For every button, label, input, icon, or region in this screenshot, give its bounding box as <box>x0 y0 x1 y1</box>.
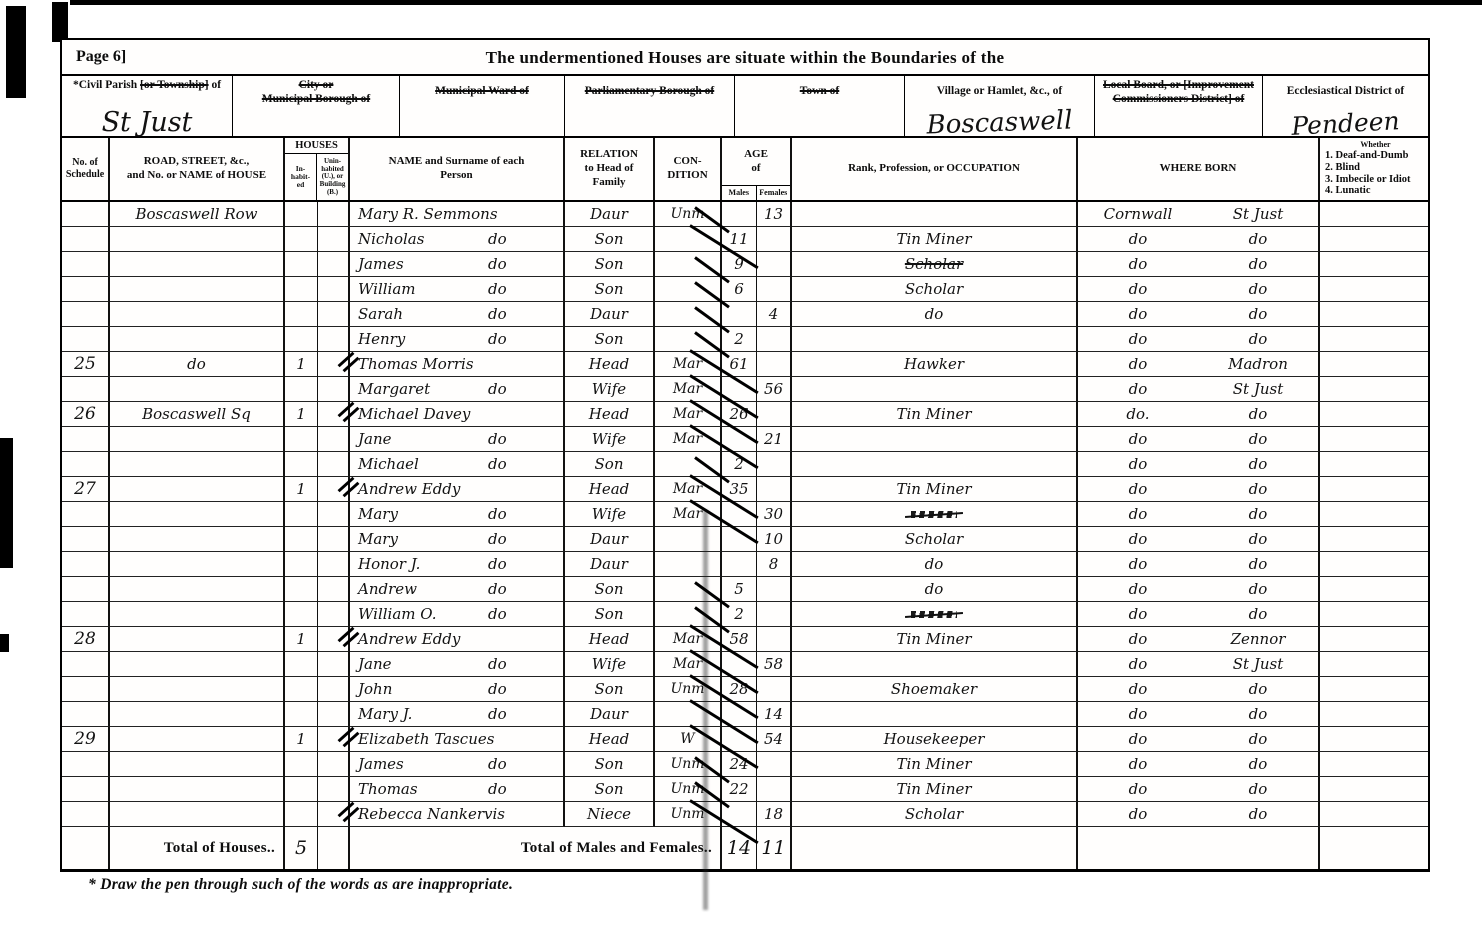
cell-occupation: do <box>792 552 1078 577</box>
born-text: do <box>1198 330 1318 348</box>
name-text: Honor J. <box>358 555 420 573</box>
cell-schedule-number-text: 28 <box>74 629 96 649</box>
cell-age-male-text: 6 <box>734 280 744 298</box>
cell-disabilities <box>1320 577 1428 602</box>
cell-condition: Mar <box>655 427 722 452</box>
census-sheet: Page 6] The undermentioned Houses are si… <box>60 38 1430 872</box>
cell-occupation: Scholar <box>792 277 1078 302</box>
cell-disabilities <box>1320 502 1428 527</box>
cell-name: Michaeldo <box>350 452 565 477</box>
cell-relation-text: Wife <box>592 655 626 673</box>
ditto-mark: do <box>488 255 507 273</box>
name-text: Elizabeth Tascues <box>358 730 494 748</box>
name-text: Andrew Eddy <box>358 480 460 498</box>
cell-disabilities <box>1320 427 1428 452</box>
household-separator-mark <box>338 403 358 421</box>
cell-condition <box>655 602 722 627</box>
total-females-value-cell: 11 <box>757 827 792 869</box>
name-text: Jane <box>358 655 392 673</box>
cell-road <box>110 452 285 477</box>
cell-schedule-number <box>62 502 110 527</box>
born-text: St Just <box>1198 655 1318 673</box>
table-row: HenrydoSon2dodo <box>62 327 1428 352</box>
cell-road: Boscaswell Row <box>110 202 285 227</box>
col-header-uninhabited: Unin- habited (U.), or Building (B.) <box>317 154 348 200</box>
born-text: do <box>1198 755 1318 773</box>
cell-age-female: 30 <box>757 502 792 527</box>
born-text: do <box>1078 655 1198 673</box>
cell-uninhabited <box>318 677 350 702</box>
cell-occupation: Tin Miner <box>792 752 1078 777</box>
name-text: Michael Davey <box>358 405 470 423</box>
totals-occupation-cell <box>792 827 1078 869</box>
cell-where-born: dodo <box>1078 327 1320 352</box>
cell-road <box>110 627 285 652</box>
ditto-mark: do <box>488 380 507 398</box>
cell-age-female-text: 14 <box>764 705 783 723</box>
name-text: James <box>358 755 404 773</box>
cell-schedule-number-text: 29 <box>74 729 96 749</box>
cell-relation-text: Son <box>595 755 624 773</box>
totals-males-females-label-cell: Total of Males and Females.. <box>350 827 722 869</box>
name-text: Mary J. <box>358 705 412 723</box>
ditto-mark: do <box>488 305 507 323</box>
cell-age-male <box>722 552 757 577</box>
cell-disabilities <box>1320 552 1428 577</box>
cell-relation-text: Son <box>595 330 624 348</box>
cell-condition-text: W <box>680 731 694 747</box>
name-text: Thomas Morris <box>358 355 474 373</box>
cell-inhabited <box>285 577 318 602</box>
name-text: Margaret <box>358 380 430 398</box>
cell-age-male <box>722 502 757 527</box>
cell-relation: Wife <box>565 427 655 452</box>
cell-schedule-number <box>62 577 110 602</box>
boundary-parliamentary-borough: Parliamentary Borough of <box>565 76 735 136</box>
cell-inhabited-text: 1 <box>296 630 306 648</box>
boundaries-band: *Civil Parish [or Township] of St Just C… <box>62 76 1428 138</box>
cell-occupation: do <box>792 302 1078 327</box>
cell-road <box>110 702 285 727</box>
cell-inhabited: 1 <box>285 352 318 377</box>
cell-disabilities <box>1320 477 1428 502</box>
name-text: Andrew Eddy <box>358 630 460 648</box>
cell-condition: Mar <box>655 652 722 677</box>
cell-where-born: doZennor <box>1078 627 1320 652</box>
cell-relation-text: Son <box>595 280 624 298</box>
cell-uninhabited <box>318 227 350 252</box>
cell-age-female: 4 <box>757 302 792 327</box>
household-separator-mark <box>338 353 358 371</box>
total-houses-value: 5 <box>295 837 307 859</box>
cell-where-born: dodo <box>1078 452 1320 477</box>
born-text: do <box>1198 605 1318 623</box>
table-row: ThomasdoSonUnm22Tin Minerdodo <box>62 777 1428 802</box>
cell-where-born: do.do <box>1078 402 1320 427</box>
cell-age-male-text: 11 <box>729 230 748 248</box>
cell-occupation <box>792 327 1078 352</box>
cell-age-female-text: 21 <box>764 430 783 448</box>
cell-where-born: CornwallSt Just <box>1078 202 1320 227</box>
cell-relation-text: Son <box>595 255 624 273</box>
name-text: Jane <box>358 430 392 448</box>
totals-schedule-cell <box>62 827 110 869</box>
cell-road <box>110 677 285 702</box>
cell-age-male-text: 2 <box>734 455 744 473</box>
cell-age-male <box>722 727 757 752</box>
cell-condition: Mar <box>655 377 722 402</box>
cell-where-born: dodo <box>1078 427 1320 452</box>
cell-name: Andrewdo <box>350 577 565 602</box>
cell-relation: Son <box>565 777 655 802</box>
cell-uninhabited <box>318 527 350 552</box>
boundary-label: Village or Hamlet, &c., of <box>905 79 1094 99</box>
ecclesiastical-value: Pendeen <box>1262 105 1428 143</box>
cell-occupation: Scholar <box>792 252 1078 277</box>
cell-condition-text: Mar <box>673 506 702 522</box>
cell-condition-text: Unm <box>670 206 704 222</box>
cell-name: Janedo <box>350 427 565 452</box>
col-header-age-label: AGE of <box>722 138 790 185</box>
cell-road <box>110 427 285 452</box>
cell-inhabited <box>285 777 318 802</box>
cell-condition <box>655 552 722 577</box>
cell-age-male: 2 <box>722 452 757 477</box>
table-row: 291Elizabeth TascuesHeadW54Housekeeperdo… <box>62 727 1428 752</box>
household-separator-mark <box>338 728 358 746</box>
cell-uninhabited <box>318 777 350 802</box>
cell-relation: Son <box>565 277 655 302</box>
born-text: do <box>1078 255 1198 273</box>
scan-edge-artifact <box>70 0 1482 5</box>
cell-relation-text: Head <box>589 480 630 498</box>
name-text: Rebecca Nankervis <box>358 805 505 823</box>
cell-uninhabited <box>318 652 350 677</box>
cell-schedule-number-text: 27 <box>74 479 96 499</box>
cell-age-male: 2 <box>722 327 757 352</box>
cell-disabilities <box>1320 227 1428 252</box>
cell-relation-text: Head <box>589 405 630 423</box>
born-text: do <box>1078 330 1198 348</box>
cell-uninhabited <box>318 377 350 402</box>
cell-road <box>110 377 285 402</box>
crossed-out-scribble <box>911 611 957 618</box>
born-text: do <box>1078 505 1198 523</box>
cell-relation: Son <box>565 577 655 602</box>
cell-where-born: doMadron <box>1078 352 1320 377</box>
cell-where-born: dodo <box>1078 252 1320 277</box>
name-text: Nicholas <box>358 230 424 248</box>
born-text: do <box>1198 480 1318 498</box>
col-header-relation: RELATION to Head of Family <box>565 138 655 200</box>
cell-disabilities <box>1320 402 1428 427</box>
cell-schedule-number <box>62 427 110 452</box>
cell-inhabited <box>285 552 318 577</box>
cell-occupation <box>792 427 1078 452</box>
cell-condition <box>655 702 722 727</box>
cell-inhabited <box>285 202 318 227</box>
born-text: do <box>1078 280 1198 298</box>
cell-uninhabited <box>318 452 350 477</box>
cell-age-male-text: 2 <box>734 330 744 348</box>
cell-road <box>110 727 285 752</box>
cell-name: Michael Davey <box>350 402 565 427</box>
name-text: John <box>358 680 392 698</box>
table-row: JohndoSonUnm28Shoemakerdodo <box>62 677 1428 702</box>
cell-inhabited <box>285 277 318 302</box>
born-text: do <box>1078 780 1198 798</box>
boundary-municipal-borough: City or Municipal Borough of <box>233 76 400 136</box>
cell-age-male: 22 <box>722 777 757 802</box>
boundary-town: Town of <box>735 76 905 136</box>
household-separator-mark <box>338 478 358 496</box>
cell-relation: Wife <box>565 377 655 402</box>
born-text: do <box>1198 680 1318 698</box>
total-houses-label: Total of Houses.. <box>110 840 283 857</box>
cell-age-female-text: 58 <box>764 655 783 673</box>
cell-relation-text: Wife <box>592 430 626 448</box>
cell-disabilities <box>1320 327 1428 352</box>
cell-relation-text: Son <box>595 605 624 623</box>
cell-relation-text: Daur <box>590 530 628 548</box>
col-header-age: AGE of Males Females <box>722 138 792 200</box>
born-text: do <box>1198 255 1318 273</box>
cell-condition-text: Mar <box>673 481 702 497</box>
cell-age-female-text: 54 <box>764 730 783 748</box>
ditto-mark: do <box>488 280 507 298</box>
born-text: do <box>1198 530 1318 548</box>
cell-schedule-number <box>62 252 110 277</box>
cell-age-female <box>757 352 792 377</box>
cell-name: Andrew Eddy <box>350 627 565 652</box>
col-header-name: NAME and Surname of each Person <box>350 138 565 200</box>
table-row: Mary J.doDaur14dodo <box>62 702 1428 727</box>
col-header-road: ROAD, STREET, &c., and No. or NAME of HO… <box>110 138 285 200</box>
cell-occupation: Tin Miner <box>792 227 1078 252</box>
cell-age-female-text: 56 <box>764 380 783 398</box>
top-band: Page 6] The undermentioned Houses are si… <box>62 40 1428 76</box>
cell-where-born: doSt Just <box>1078 377 1320 402</box>
col-header-born: WHERE BORN <box>1078 138 1320 200</box>
cell-condition: Mar <box>655 352 722 377</box>
col-header-condition: CON- DITION <box>655 138 722 200</box>
cell-schedule-number <box>62 777 110 802</box>
cell-age-male-text: 26 <box>729 405 748 423</box>
cell-condition-text: Mar <box>673 381 702 397</box>
occupation-text: Scholar <box>905 805 963 823</box>
ditto-mark: do <box>488 330 507 348</box>
born-text: do <box>1078 230 1198 248</box>
cell-where-born: dodo <box>1078 302 1320 327</box>
cell-relation: Daur <box>565 302 655 327</box>
cell-age-male: 2 <box>722 602 757 627</box>
cell-inhabited <box>285 752 318 777</box>
cell-schedule-number <box>62 652 110 677</box>
table-row: NicholasdoSon11Tin Minerdodo <box>62 227 1428 252</box>
census-scan: Page 6] The undermentioned Houses are si… <box>0 0 1482 933</box>
ditto-mark: do <box>488 705 507 723</box>
total-males-value: 14 <box>727 837 751 859</box>
cell-road <box>110 602 285 627</box>
table-row: AndrewdoSon5dododo <box>62 577 1428 602</box>
cell-relation: Head <box>565 402 655 427</box>
cell-inhabited-text: 1 <box>296 480 306 498</box>
cell-relation-text: Son <box>595 780 624 798</box>
cell-inhabited <box>285 527 318 552</box>
cell-name: Mary R. Semmons <box>350 202 565 227</box>
cell-relation: Daur <box>565 552 655 577</box>
scan-left-artifact <box>6 6 26 98</box>
cell-schedule-number: 26 <box>62 402 110 427</box>
cell-name: Nicholasdo <box>350 227 565 252</box>
cell-road <box>110 802 285 827</box>
boundary-local-board: Local Board, or [Improvement Commissione… <box>1095 76 1263 136</box>
cell-age-female-text: 4 <box>769 305 779 323</box>
cell-age-male: 9 <box>722 252 757 277</box>
cell-road <box>110 327 285 352</box>
cell-age-female <box>757 252 792 277</box>
name-text: Henry <box>358 330 405 348</box>
ditto-mark: do <box>488 580 507 598</box>
cell-relation-text: Wife <box>592 380 626 398</box>
cell-relation: Son <box>565 227 655 252</box>
boundary-civil-parish: *Civil Parish [or Township] of St Just <box>62 76 233 136</box>
cell-schedule-number: 29 <box>62 727 110 752</box>
cell-relation: Daur <box>565 702 655 727</box>
cell-age-male-text: 61 <box>729 355 748 373</box>
cell-age-female <box>757 577 792 602</box>
boundary-label: Municipal Ward of <box>400 79 564 99</box>
cell-condition: Mar <box>655 627 722 652</box>
cell-inhabited <box>285 652 318 677</box>
occupation-text: Scholar <box>905 530 963 548</box>
cell-where-born: dodo <box>1078 602 1320 627</box>
cell-inhabited <box>285 252 318 277</box>
cell-occupation: Tin Miner <box>792 777 1078 802</box>
table-header: No. of Schedule ROAD, STREET, &c., and N… <box>62 138 1428 202</box>
born-text: do <box>1198 405 1318 423</box>
occupation-text: do <box>925 580 944 598</box>
cell-inhabited: 1 <box>285 627 318 652</box>
cell-age-female <box>757 327 792 352</box>
cell-condition: Mar <box>655 402 722 427</box>
table-row: MarydoDaur10Scholardodo <box>62 527 1428 552</box>
cell-age-female: 8 <box>757 552 792 577</box>
cell-road <box>110 777 285 802</box>
boundary-label: *Civil Parish [or Township] of <box>62 79 232 93</box>
table-row: MarydoWifeMar30dodo <box>62 502 1428 527</box>
cell-disabilities <box>1320 377 1428 402</box>
cell-schedule-number <box>62 527 110 552</box>
page-number-label: Page 6] <box>76 48 126 66</box>
cell-relation-text: Head <box>589 355 630 373</box>
cell-age-male: 11 <box>722 227 757 252</box>
cell-age-female-text: 30 <box>764 505 783 523</box>
cell-where-born: dodo <box>1078 552 1320 577</box>
cell-schedule-number <box>62 302 110 327</box>
totals-row: Total of Houses.. 5 Total of Males and F… <box>62 827 1428 870</box>
cell-road: Boscaswell Sq <box>110 402 285 427</box>
cell-name: Margaretdo <box>350 377 565 402</box>
totals-disabilities-cell <box>1320 827 1428 869</box>
cell-occupation: Scholar <box>792 802 1078 827</box>
cell-uninhabited <box>318 302 350 327</box>
born-text: do <box>1078 730 1198 748</box>
cell-where-born: dodo <box>1078 777 1320 802</box>
cell-relation-text: Niece <box>587 805 631 823</box>
born-text: do <box>1198 805 1318 823</box>
cell-age-female <box>757 477 792 502</box>
ditto-mark: do <box>488 605 507 623</box>
cell-condition-text: Unm <box>670 806 704 822</box>
cell-inhabited <box>285 452 318 477</box>
cell-name: Mary J.do <box>350 702 565 727</box>
cell-schedule-number <box>62 602 110 627</box>
cell-road-text: Boscaswell Row <box>135 205 257 223</box>
cell-age-female: 56 <box>757 377 792 402</box>
cell-uninhabited <box>318 577 350 602</box>
cell-relation: Head <box>565 352 655 377</box>
cell-name: Sarahdo <box>350 302 565 327</box>
scan-left-artifact <box>0 438 13 568</box>
cell-age-female <box>757 627 792 652</box>
totals-born-cell <box>1078 827 1320 869</box>
cell-disabilities <box>1320 777 1428 802</box>
cell-occupation: do <box>792 577 1078 602</box>
born-text: St Just <box>1198 380 1318 398</box>
born-text: do <box>1078 380 1198 398</box>
cell-age-male: 24 <box>722 752 757 777</box>
name-text: Michael <box>358 455 419 473</box>
cell-age-female <box>757 402 792 427</box>
born-text: do <box>1198 505 1318 523</box>
cell-road <box>110 477 285 502</box>
cell-condition: Mar <box>655 477 722 502</box>
cell-schedule-number <box>62 277 110 302</box>
cell-age-female <box>757 777 792 802</box>
cell-relation-text: Son <box>595 680 624 698</box>
cell-relation: Daur <box>565 202 655 227</box>
cell-inhabited <box>285 327 318 352</box>
born-text: Cornwall <box>1078 205 1198 223</box>
cell-road <box>110 652 285 677</box>
name-text: Thomas <box>358 780 418 798</box>
cell-condition <box>655 327 722 352</box>
cell-occupation: Shoemaker <box>792 677 1078 702</box>
occupation-text: Shoemaker <box>891 680 977 698</box>
cell-name: Marydo <box>350 502 565 527</box>
cell-relation: Son <box>565 677 655 702</box>
cell-uninhabited <box>318 277 350 302</box>
cell-condition-text: Unm <box>670 781 704 797</box>
cell-where-born: dodo <box>1078 527 1320 552</box>
table-row: WilliamdoSon6Scholardodo <box>62 277 1428 302</box>
table-row: 281Andrew EddyHeadMar58Tin MinerdoZennor <box>62 627 1428 652</box>
total-houses-value-cell: 5 <box>285 827 318 869</box>
cell-condition <box>655 252 722 277</box>
cell-inhabited-text: 1 <box>296 405 306 423</box>
col-header-females: Females <box>757 186 791 200</box>
boundary-ecclesiastical: Ecclesiastical District of Pendeen <box>1263 76 1428 136</box>
cell-condition-text: Unm <box>670 756 704 772</box>
cell-occupation <box>792 202 1078 227</box>
cell-relation-text: Son <box>595 455 624 473</box>
cell-inhabited <box>285 427 318 452</box>
cell-relation: Son <box>565 252 655 277</box>
born-text: do <box>1198 430 1318 448</box>
col-header-whether: Whether <box>1325 140 1426 150</box>
cell-condition: Unm <box>655 752 722 777</box>
